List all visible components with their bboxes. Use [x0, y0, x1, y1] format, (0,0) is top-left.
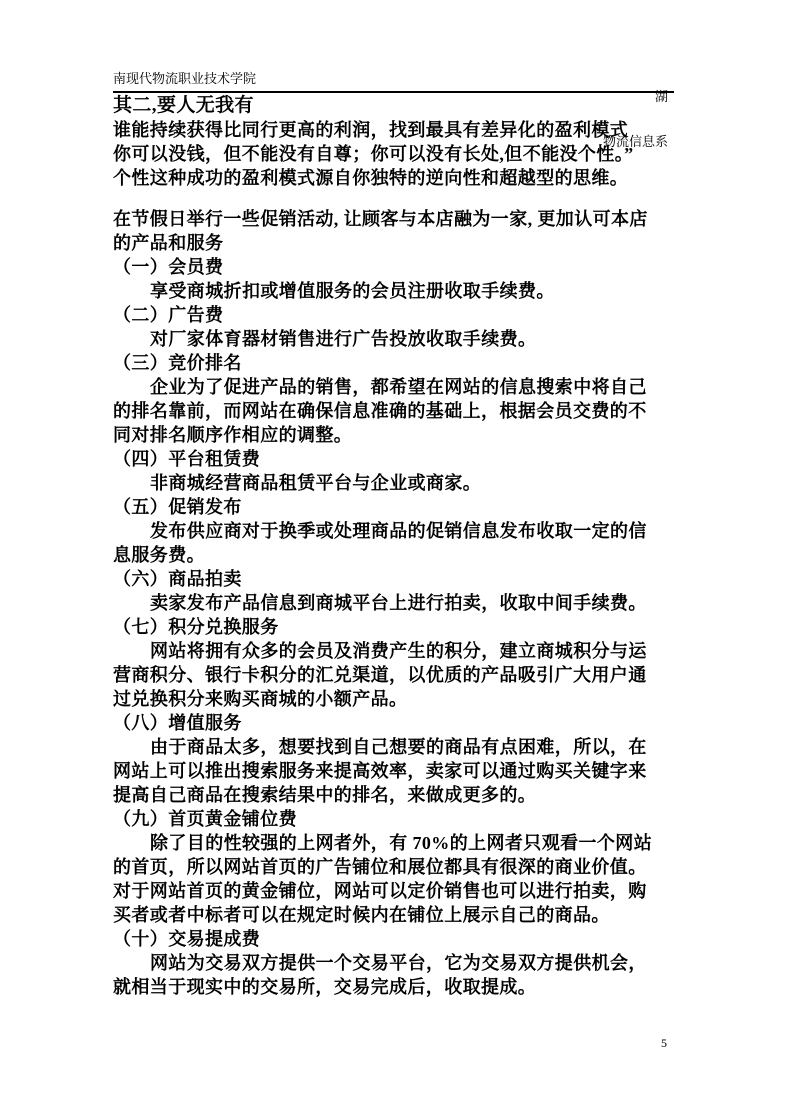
- text-line: （七）积分兑换服务: [113, 615, 683, 639]
- text-line: （二）广告费: [113, 303, 683, 327]
- text-line: 其二,要人无我有: [113, 94, 683, 118]
- text-line: （十）交易提成费: [113, 927, 683, 951]
- text-line: 个性这种成功的盈利模式源自你独特的逆向性和超越型的思维。: [113, 166, 683, 190]
- text-line: 同对排名顺序作相应的调整。: [113, 423, 683, 447]
- text-line: 享受商城折扣或增值服务的会员注册收取手续费。: [113, 279, 683, 303]
- text-line: 谁能持续获得比同行更高的利润，找到最具有差异化的盈利模式: [113, 118, 683, 142]
- text-line: 过兑换积分来购买商城的小额产品。: [113, 687, 683, 711]
- document-page: 南现代物流职业技术学院 湖 物流信息系 其二,要人无我有谁能持续获得比同行更高的…: [0, 0, 792, 1120]
- text-line: （六）商品拍卖: [113, 567, 683, 591]
- text-line: 你可以没钱，但不能没有自尊；你可以没有长处,但不能没个性。”: [113, 142, 683, 166]
- text-line: 就相当于现实中的交易所，交易完成后，收取提成。: [113, 975, 683, 999]
- text-line: 除了目的性较强的上网者外，有 70%的上网者只观看一个网站: [113, 831, 683, 855]
- text-line: 卖家发布产品信息到商城平台上进行拍卖，收取中间手续费。: [113, 591, 683, 615]
- text-line: 买者或者中标者可以在规定时候内在铺位上展示自己的商品。: [113, 903, 683, 927]
- text-line: （九）首页黄金铺位费: [113, 807, 683, 831]
- text-line: 网站上可以推出搜索服务来提高效率，卖家可以通过购买关键字来: [113, 759, 683, 783]
- body-lines: 其二,要人无我有谁能持续获得比同行更高的利润，找到最具有差异化的盈利模式你可以没…: [113, 94, 683, 999]
- page-number: 5: [661, 1036, 667, 1050]
- text-line: 非商城经营商品租赁平台与企业或商家。: [113, 471, 683, 495]
- text-line: 网站将拥有众多的会员及消费产生的积分，建立商城积分与运: [113, 639, 683, 663]
- text-line: 网站为交易双方提供一个交易平台，它为交易双方提供机会，: [113, 951, 683, 975]
- text-line: 企业为了促进产品的销售，都希望在网站的信息搜索中将自己: [113, 375, 683, 399]
- text-line: 的排名靠前，而网站在确保信息准确的基础上，根据会员交费的不: [113, 399, 683, 423]
- text-line: 息服务费。: [113, 543, 683, 567]
- text-line: 对于网站首页的黄金铺位，网站可以定价销售也可以进行拍卖，购: [113, 879, 683, 903]
- text-line: 由于商品太多，想要找到自己想要的商品有点困难，所以，在: [113, 735, 683, 759]
- text-line: （一）会员费: [113, 255, 683, 279]
- blank-line: [113, 190, 683, 207]
- text-line: 的产品和服务: [113, 231, 683, 255]
- text-line: 的首页，所以网站首页的广告铺位和展位都具有很深的商业价值。: [113, 855, 683, 879]
- text-line: （四）平台租赁费: [113, 447, 683, 471]
- header-rule: [113, 91, 674, 93]
- text-line: 提高自己商品在搜索结果中的排名，来做成更多的。: [113, 783, 683, 807]
- text-line: 在节假日举行一些促销活动, 让顾客与本店融为一家, 更加认可本店: [113, 207, 683, 231]
- text-line: 发布供应商对于换季或处理商品的促销信息发布收取一定的信: [113, 519, 683, 543]
- text-line: 对厂家体育器材销售进行广告投放收取手续费。: [113, 327, 683, 351]
- text-line: （五）促销发布: [113, 495, 683, 519]
- header-school-name: 南现代物流职业技术学院: [113, 71, 256, 86]
- text-line: （三）竞价排名: [113, 351, 683, 375]
- text-line: 营商积分、银行卡积分的汇兑渠道，以优质的产品吸引广大用户通: [113, 663, 683, 687]
- text-line: （八）增值服务: [113, 711, 683, 735]
